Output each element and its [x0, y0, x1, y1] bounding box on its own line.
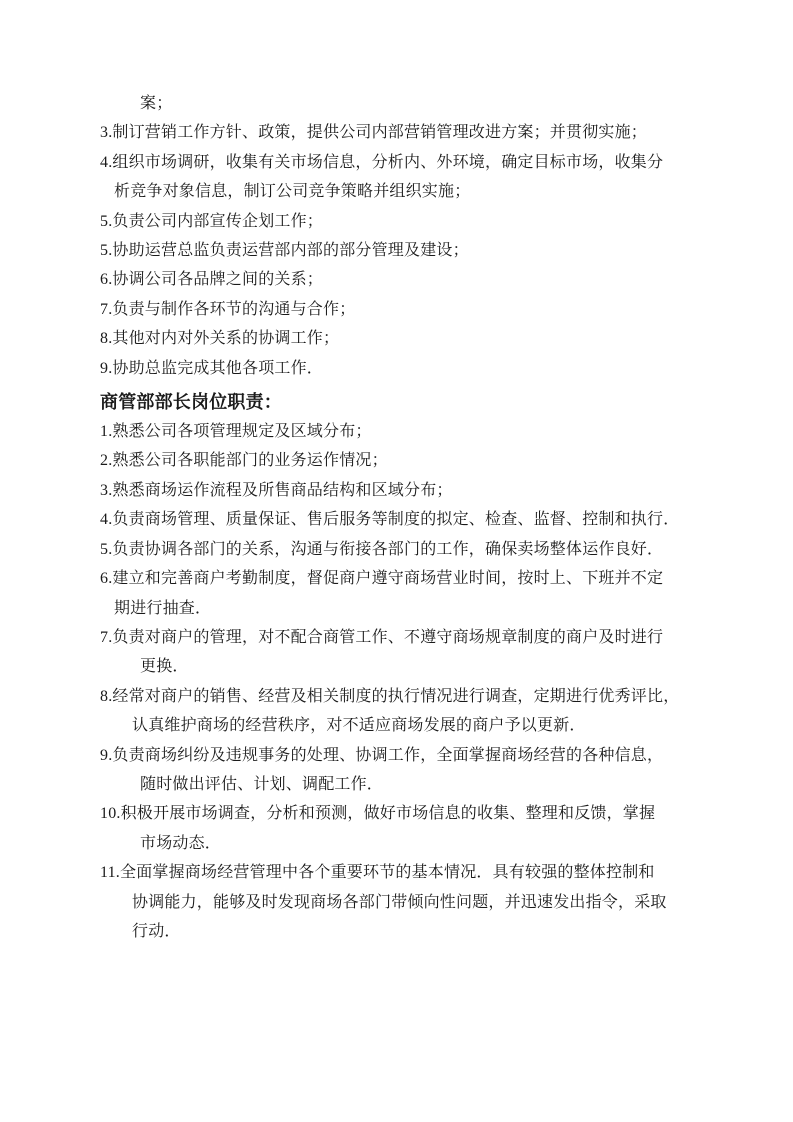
document-page: 案；3.制订营销工作方针、政策，提供公司内部营销管理改进方案；并贯彻实施；4.组…: [0, 0, 793, 1122]
list-item: 4.负责商场管理、质量保证、售后服务等制度的拟定、检查、监督、控制和执行．: [100, 505, 694, 534]
text-line: 9.负责商场纠纷及违规事务的处理、协调工作，全面掌握商场经营的各种信息，: [100, 741, 694, 770]
list-item: 7.负责对商户的管理，对不配合商管工作、不遵守商场规章制度的商户及时进行更换．: [100, 623, 694, 682]
text-line: 协调能力，能够及时发现商场各部门带倾向性问题，并迅速发出指令，采取: [100, 888, 694, 917]
list-item: 案；: [100, 89, 694, 118]
list-item: 5.负责公司内部宣传企划工作；: [100, 207, 694, 236]
text-line: 析竞争对象信息，制订公司竞争策略并组织实施；: [100, 177, 694, 206]
text-line: 4.负责商场管理、质量保证、售后服务等制度的拟定、检查、监督、控制和执行．: [100, 505, 694, 534]
list-item: 8.经常对商户的销售、经营及相关制度的执行情况进行调查，定期进行优秀评比，认真维…: [100, 682, 694, 741]
text-line: 11.全面掌握商场经营管理中各个重要环节的基本情况．具有较强的整体控制和: [100, 858, 694, 887]
list-item: 1.熟悉公司各项管理规定及区域分布；: [100, 417, 694, 446]
list-item: 8.其他对内对外关系的协调工作；: [100, 324, 694, 353]
text-line: 期进行抽查．: [100, 594, 694, 623]
list-item: 2.熟悉公司各职能部门的业务运作情况；: [100, 446, 694, 475]
list-item: 10.积极开展市场调查，分析和预测，做好市场信息的收集、整理和反馈，掌握市场动态…: [100, 799, 694, 858]
text-line: 市场动态．: [100, 829, 694, 858]
list-item: 3.熟悉商场运作流程及所售商品结构和区域分布；: [100, 476, 694, 505]
text-line: 2.熟悉公司各职能部门的业务运作情况；: [100, 446, 694, 475]
text-line: 3.熟悉商场运作流程及所售商品结构和区域分布；: [100, 476, 694, 505]
list-item: 7.负责与制作各环节的沟通与合作；: [100, 295, 694, 324]
section-heading: 商管部部长岗位职责：: [100, 387, 694, 417]
text-line: 5.负责协调各部门的关系，沟通与衔接各部门的工作，确保卖场整体运作良好．: [100, 535, 694, 564]
text-line: 1.熟悉公司各项管理规定及区域分布；: [100, 417, 694, 446]
text-flow: 案；3.制订营销工作方针、政策，提供公司内部营销管理改进方案；并贯彻实施；4.组…: [100, 89, 694, 946]
list-item: 5.负责协调各部门的关系，沟通与衔接各部门的工作，确保卖场整体运作良好．: [100, 535, 694, 564]
text-line: 5.协助运营总监负责运营部内部的部分管理及建设；: [100, 236, 694, 265]
text-line: 7.负责对商户的管理，对不配合商管工作、不遵守商场规章制度的商户及时进行: [100, 623, 694, 652]
text-line: 4.组织市场调研，收集有关市场信息，分析内、外环境，确定目标市场，收集分: [100, 148, 694, 177]
list-item: 3.制订营销工作方针、政策，提供公司内部营销管理改进方案；并贯彻实施；: [100, 118, 694, 147]
text-line: 9.协助总监完成其他各项工作．: [100, 354, 694, 383]
list-item: 11.全面掌握商场经营管理中各个重要环节的基本情况．具有较强的整体控制和协调能力…: [100, 858, 694, 946]
text-line: 6.协调公司各品牌之间的关系；: [100, 265, 694, 294]
text-line: 认真维护商场的经营秩序，对不适应商场发展的商户予以更新．: [100, 711, 694, 740]
text-line: 8.其他对内对外关系的协调工作；: [100, 324, 694, 353]
text-line: 10.积极开展市场调查，分析和预测，做好市场信息的收集、整理和反馈，掌握: [100, 799, 694, 828]
text-line: 行动．: [100, 917, 694, 946]
list-item: 6.协调公司各品牌之间的关系；: [100, 265, 694, 294]
list-item: 9.负责商场纠纷及违规事务的处理、协调工作，全面掌握商场经营的各种信息，随时做出…: [100, 741, 694, 800]
text-line: 5.负责公司内部宣传企划工作；: [100, 207, 694, 236]
text-line: 随时做出评估、计划、调配工作．: [100, 770, 694, 799]
list-item: 5.协助运营总监负责运营部内部的部分管理及建设；: [100, 236, 694, 265]
text-line: 3.制订营销工作方针、政策，提供公司内部营销管理改进方案；并贯彻实施；: [100, 118, 694, 147]
list-item: 9.协助总监完成其他各项工作．: [100, 354, 694, 383]
text-line: 8.经常对商户的销售、经营及相关制度的执行情况进行调查，定期进行优秀评比，: [100, 682, 694, 711]
text-line: 更换．: [100, 652, 694, 681]
text-line: 7.负责与制作各环节的沟通与合作；: [100, 295, 694, 324]
text-line: 6.建立和完善商户考勤制度，督促商户遵守商场营业时间，按时上、下班并不定: [100, 564, 694, 593]
text-line: 案；: [100, 89, 694, 118]
list-item: 4.组织市场调研，收集有关市场信息，分析内、外环境，确定目标市场，收集分析竞争对…: [100, 148, 694, 207]
list-item: 6.建立和完善商户考勤制度，督促商户遵守商场营业时间，按时上、下班并不定期进行抽…: [100, 564, 694, 623]
